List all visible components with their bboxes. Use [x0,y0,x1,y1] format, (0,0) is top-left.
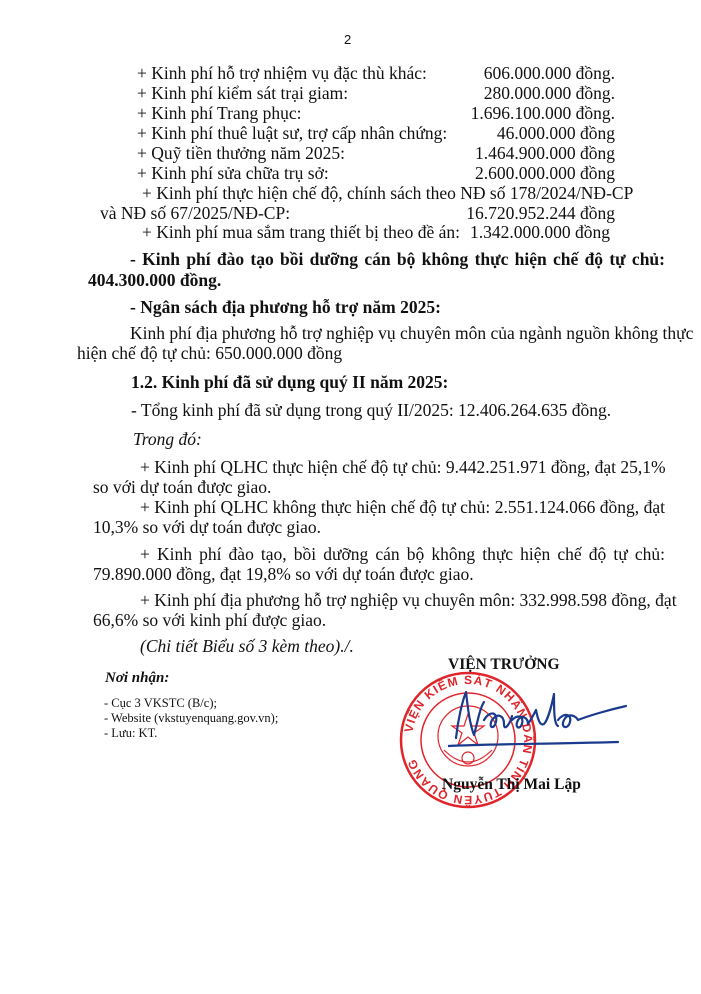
detail-line: 79.890.000 đồng, đạt 19,8% so với dự toá… [93,564,474,584]
recipient-item: - Cục 3 VKSTC (B/c); [104,696,217,711]
page-number: 2 [344,32,351,47]
detail-line: + Kinh phí đào tạo, bồi dưỡng cán bộ khô… [140,544,665,564]
recipients-title: Nơi nhận: [105,670,169,687]
local-budget-line: hiện chế độ tự chủ: 650.000.000 đồng [77,343,342,363]
recipient-item: - Lưu: KT. [104,726,157,741]
budget-item-label: + Kinh phí hỗ trợ nhiệm vụ đặc thù khác: [137,63,427,83]
signature-icon [448,680,628,750]
detail-line: + Kinh phí QLHC thực hiện chế độ tự chủ:… [140,457,647,477]
training-budget-amount: 404.300.000 đồng. [88,270,221,290]
detail-line: so với dự toán được giao. [93,477,271,497]
total-spent-line: - Tổng kinh phí đã sử dụng trong quý II/… [131,400,611,420]
local-budget-heading: - Ngân sách địa phương hỗ trợ năm 2025: [130,297,441,317]
local-budget-line: Kinh phí địa phương hỗ trợ nghiệp vụ chu… [130,323,665,343]
budget-item-label: + Quỹ tiền thưởng năm 2025: [137,143,345,163]
budget-item-amount: 1.464.900.000 đồng [385,143,615,163]
budget-item-amount: 46.000.000 đồng [385,123,615,143]
attachment-note: (Chi tiết Biểu số 3 kèm theo)./. [140,636,354,656]
budget-item-label: + Kinh phí kiểm sát trại giam: [137,83,348,103]
budget-item-amount: 1.342.000.000 đồng [380,222,610,242]
recipient-item: - Website (vkstuyenquang.gov.vn); [104,711,278,726]
detail-line: 66,6% so với kinh phí được giao. [93,610,326,630]
budget-item-amount: 606.000.000 đồng. [385,63,615,83]
budget-item-amount: 2.600.000.000 đồng [385,163,615,183]
section-intro: Trong đó: [133,429,202,449]
detail-line: + Kinh phí địa phương hỗ trợ nghiệp vụ c… [140,590,665,610]
budget-item-amount: 1.696.100.000 đồng. [385,103,615,123]
detail-line: 10,3% so với dự toán được giao. [93,517,321,537]
budget-item-label: + Kinh phí sửa chữa trụ sở: [137,163,329,183]
signer-name: Nguyễn Thị Mai Lập [442,776,581,794]
budget-item-amount: 280.000.000 đồng. [385,83,615,103]
budget-item-label: + Kinh phí thực hiện chế độ, chính sách … [142,183,633,203]
budget-item-label: + Kinh phí Trang phục: [137,103,301,123]
training-budget-line: - Kinh phí đào tạo bồi dưỡng cán bộ khôn… [130,249,665,269]
budget-item-amount: 16.720.952.244 đồng [385,203,615,223]
section-heading: 1.2. Kinh phí đã sử dụng quý II năm 2025… [131,372,448,392]
budget-item-label: và NĐ số 67/2025/NĐ-CP: [100,203,290,223]
detail-line: + Kinh phí QLHC không thực hiện chế độ t… [140,497,665,517]
